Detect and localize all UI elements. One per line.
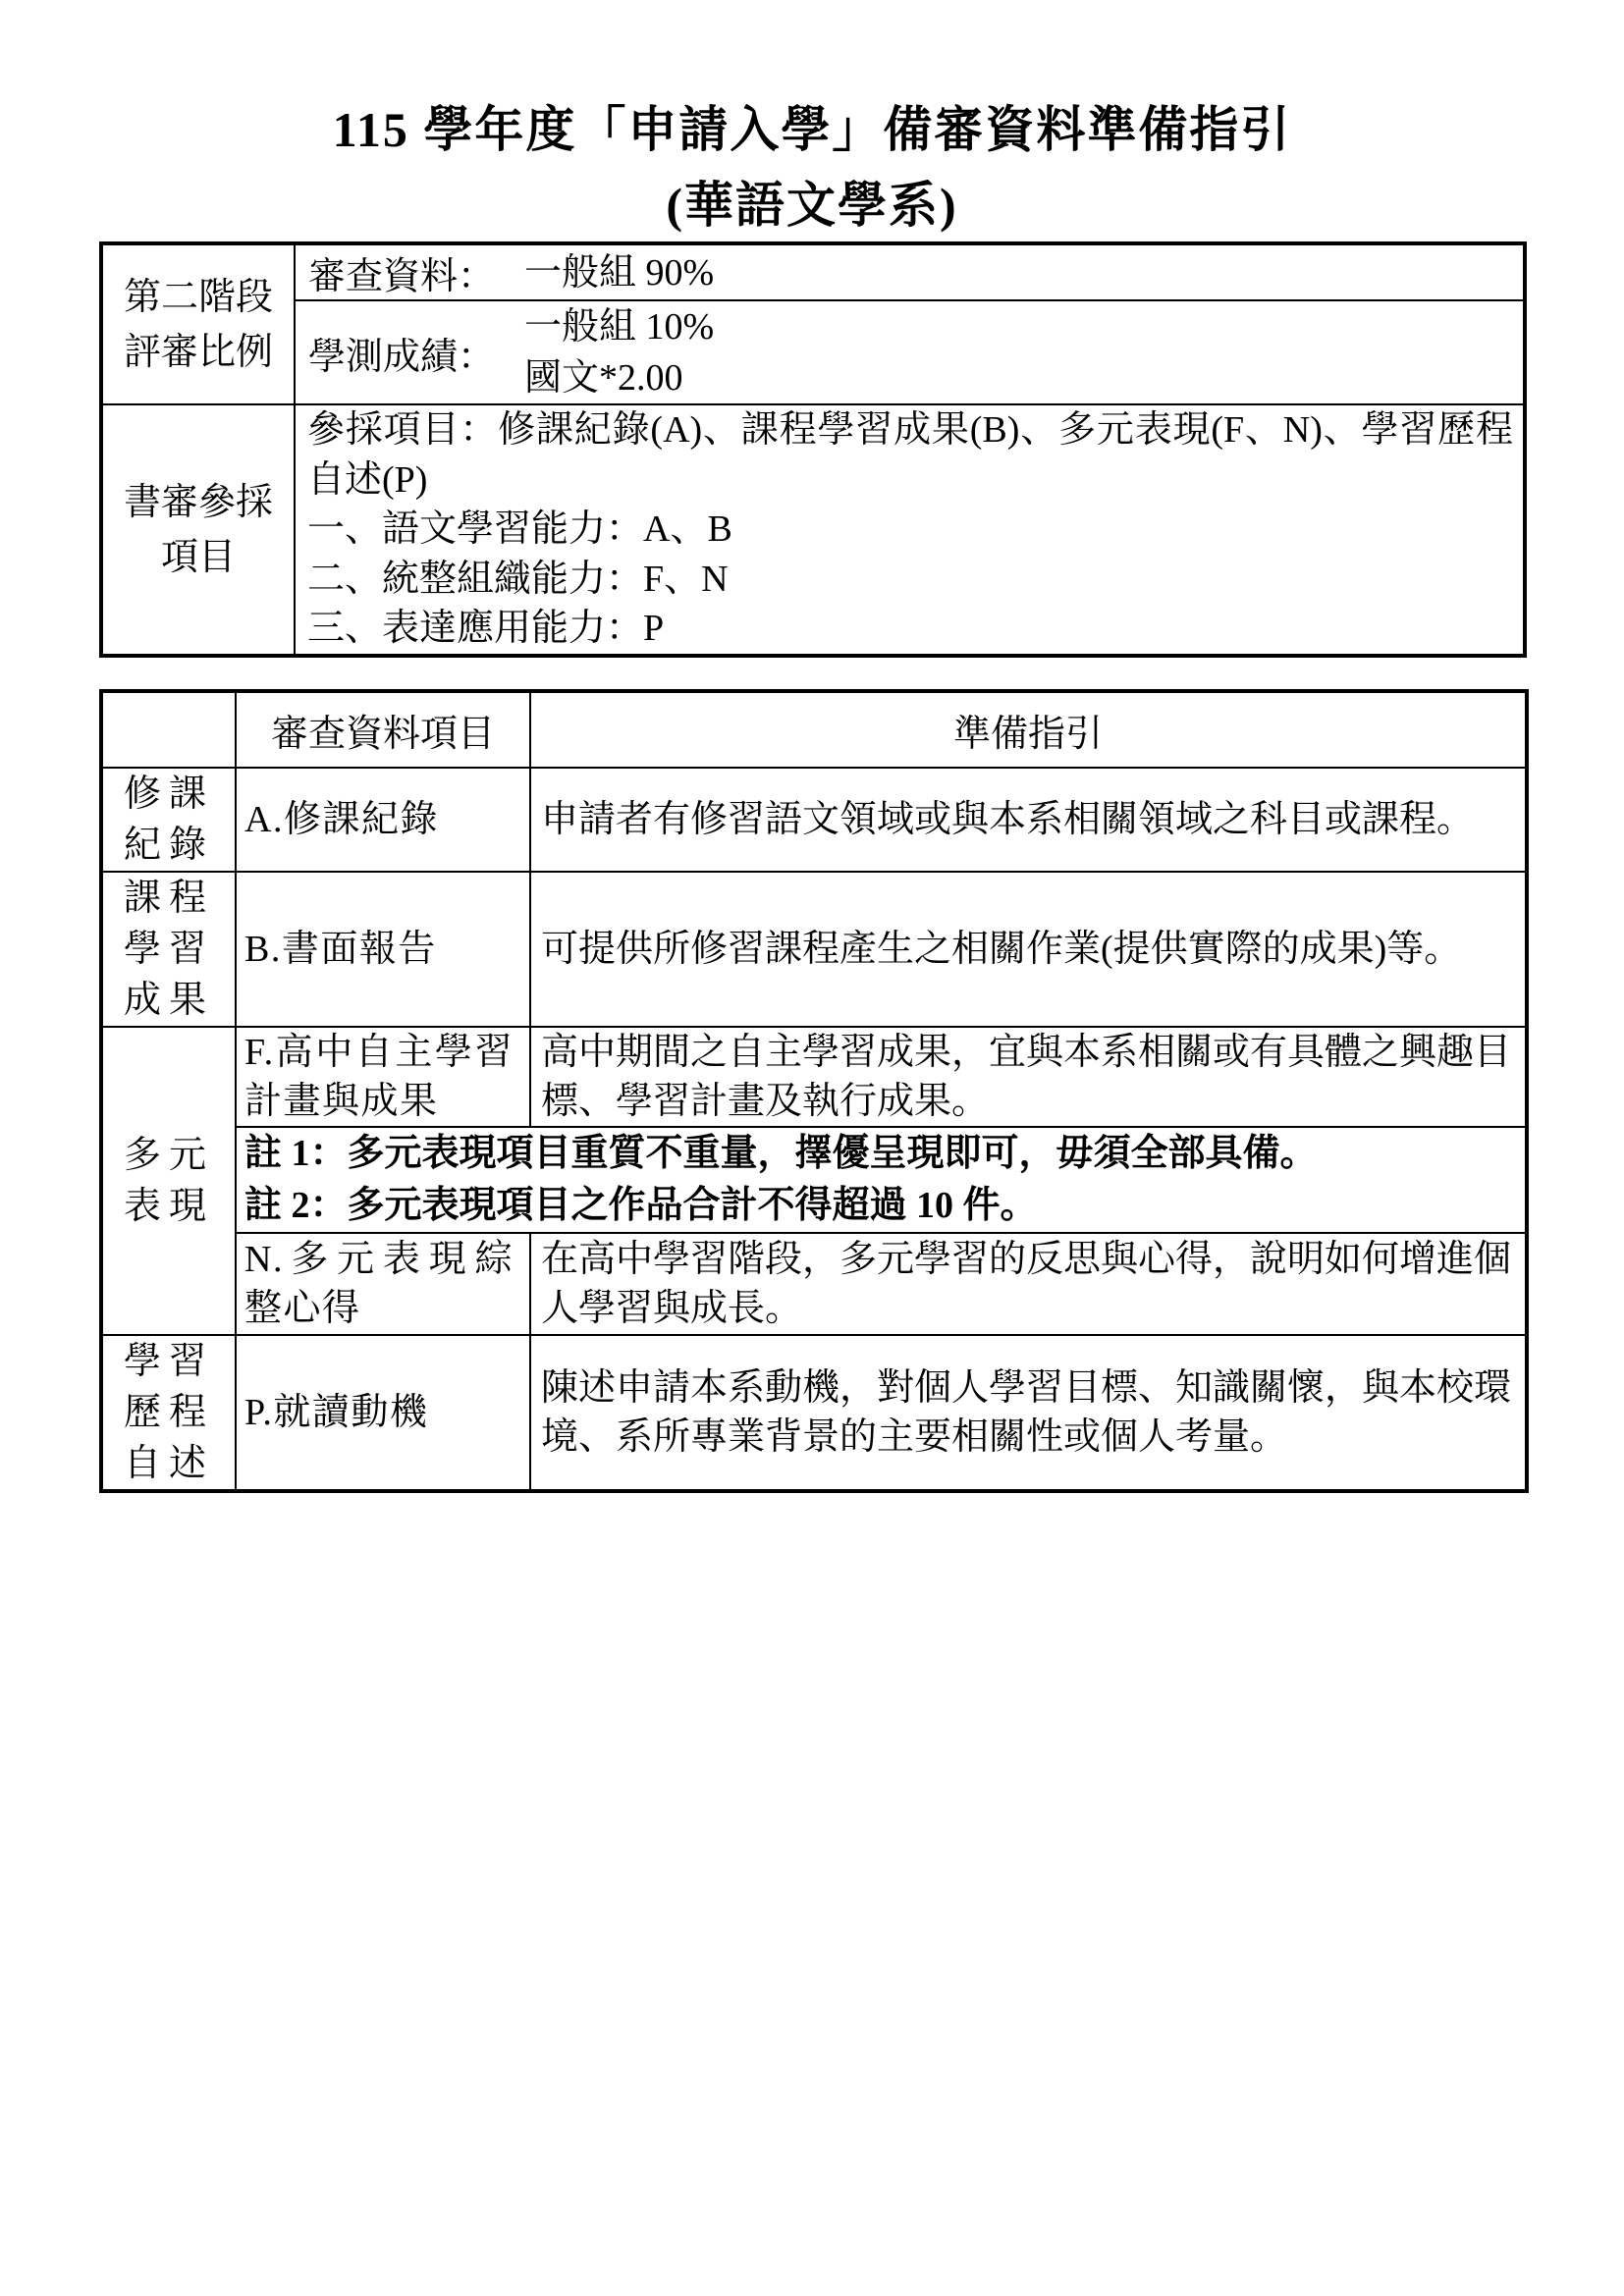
category-course-record: 修課 紀錄 <box>101 768 236 872</box>
table-row-course-record: 修課 紀錄 A.修課紀錄 申請者有修習語文領域或與本系相關領域之科目或課程。 <box>101 768 1527 872</box>
gsat-score-label: 學測成績： <box>308 326 524 380</box>
table-row-diverse-notes: 註 1：多元表現項目重質不重量，擇優呈現即可，毋須全部具備。 註 2：多元表現項… <box>101 1127 1527 1233</box>
table-row-portfolio-statement: 學習 歷程 自述 P.就讀動機 陳述申請本系動機，對個人學習目標、知識關懷，與本… <box>101 1335 1527 1491</box>
guide-f-self-learning: 高中期間之自主學習成果，宜與本系相關或有具體之興趣目標、學習計畫及執行成果。 <box>530 1027 1527 1127</box>
gsat-score-value: 一般組 10% 國文*2.00 <box>524 301 714 403</box>
stage-ratio-table: 第二階段 評審比例 審查資料： 一般組 90% 學測成績： 一般組 10% 國文… <box>99 241 1527 658</box>
preparation-guide-column-header: 準備指引 <box>530 691 1527 768</box>
category-course-outcome: 課程 學習 成果 <box>101 872 236 1027</box>
document-page: 115 學年度「申請入學」備審資料準備指引 (華語文學系) 第二階段 評審比例 … <box>0 0 1624 2296</box>
table-row-diverse-f: 多元 表現 F.高中自主學習計畫與成果 高中期間之自主學習成果，宜與本系相關或有… <box>101 1027 1527 1127</box>
diverse-performance-notes-cell: 註 1：多元表現項目重質不重量，擇優呈現即可，毋須全部具備。 註 2：多元表現項… <box>236 1127 1527 1233</box>
gsat-score-cell: 學測成績： 一般組 10% 國文*2.00 <box>295 300 1525 404</box>
item-n-diverse-reflection: N.多元表現綜整心得 <box>236 1233 530 1335</box>
table-row-diverse-n: N.多元表現綜整心得 在高中學習階段，多元學習的反思與心得，說明如何增進個人學習… <box>101 1233 1527 1335</box>
review-data-value: 一般組 90% <box>524 247 714 298</box>
stage-header-cell: 第二階段 評審比例 <box>101 243 295 404</box>
guide-p-motivation: 陳述申請本系動機，對個人學習目標、知識關懷，與本校環境、系所專業背景的主要相關性… <box>530 1335 1527 1491</box>
category-diverse-performance: 多元 表現 <box>101 1027 236 1335</box>
review-data-cell: 審查資料： 一般組 90% <box>295 243 1525 300</box>
item-b-written-report: B.書面報告 <box>236 872 530 1027</box>
guide-corner-cell <box>101 691 236 768</box>
guide-table-header-row: 審查資料項目 準備指引 <box>101 691 1527 768</box>
category-portfolio-statement: 學習 歷程 自述 <box>101 1335 236 1491</box>
criteria-body-cell: 參採項目：修課紀錄(A)、課程學習成果(B)、多元表現(F、N)、學習歷程自述(… <box>295 404 1525 656</box>
guide-table: 審查資料項目 準備指引 修課 紀錄 A.修課紀錄 申請者有修習語文領域或與本系相… <box>99 689 1529 1493</box>
table-row-course-outcome: 課程 學習 成果 B.書面報告 可提供所修習課程產生之相關作業(提供實際的成果)… <box>101 872 1527 1027</box>
criteria-header-cell: 書審參採 項目 <box>101 404 295 656</box>
guide-n-diverse-reflection: 在高中學習階段，多元學習的反思與心得，說明如何增進個人學習與成長。 <box>530 1233 1527 1335</box>
review-data-label: 審查資料： <box>308 245 524 299</box>
item-f-self-learning: F.高中自主學習計畫與成果 <box>236 1027 530 1127</box>
title-line-1: 115 學年度「申請入學」備審資料準備指引 <box>0 92 1624 168</box>
guide-b-written-report: 可提供所修習課程產生之相關作業(提供實際的成果)等。 <box>530 872 1527 1027</box>
item-a-course-record: A.修課紀錄 <box>236 768 530 872</box>
review-items-column-header: 審查資料項目 <box>236 691 530 768</box>
item-p-motivation: P.就讀動機 <box>236 1335 530 1491</box>
title-line-2: (華語文學系) <box>0 168 1624 243</box>
guide-a-course-record: 申請者有修習語文領域或與本系相關領域之科目或課程。 <box>530 768 1527 872</box>
document-title: 115 學年度「申請入學」備審資料準備指引 (華語文學系) <box>0 92 1624 243</box>
